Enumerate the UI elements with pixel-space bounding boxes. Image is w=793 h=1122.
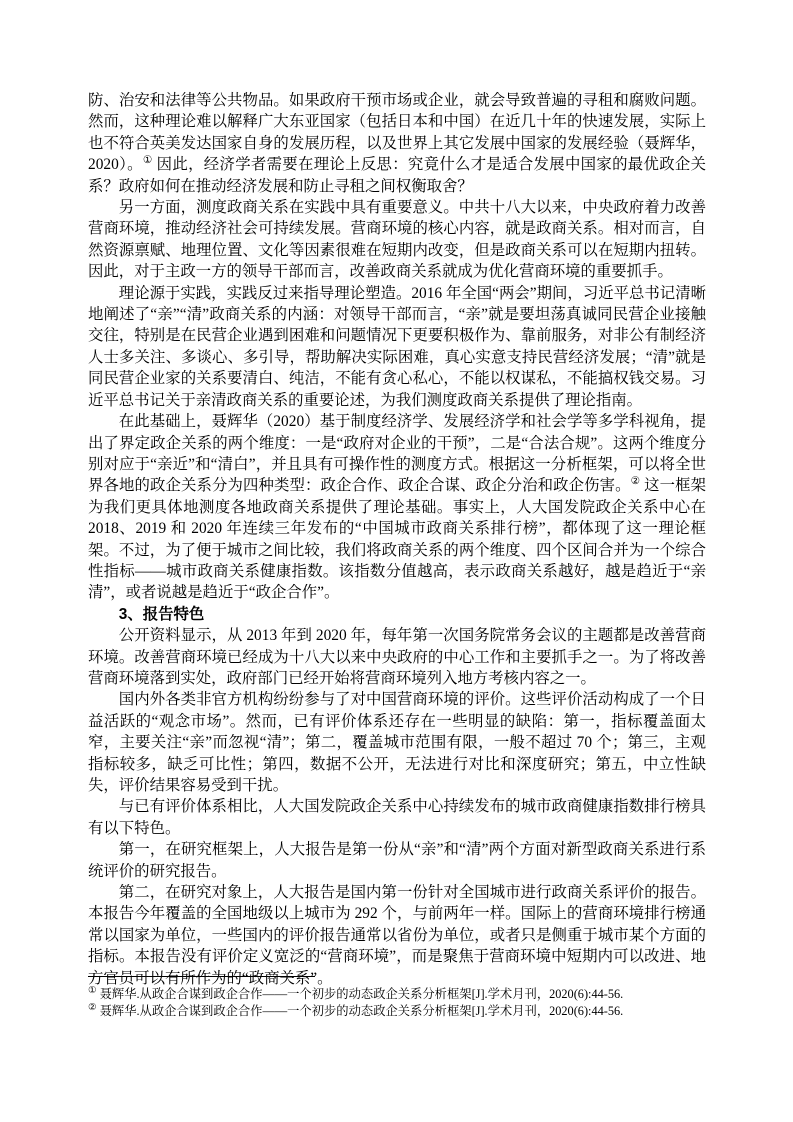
paragraph-7: 与已有评价体系相比，人大国发院政企关系中心持续发布的城市政商健康指数排行榜具有以… <box>88 796 706 839</box>
footnote-reference: ② <box>631 476 641 487</box>
paragraph-1: 防、治安和法律等公共物品。如果政府干预市场或企业，就会导致普遍的寻租和腐败问题。… <box>88 90 706 197</box>
footnote-reference: ① <box>143 155 153 166</box>
footnote-2-text: 聂辉华.从政企合谋到政企合作——一个初步的动态政企关系分析框架[J].学术月刊，… <box>100 1004 624 1018</box>
footnote-2: ②聂辉华.从政企合谋到政企合作——一个初步的动态政企关系分析框架[J].学术月刊… <box>88 1003 728 1020</box>
document-content: 防、治安和法律等公共物品。如果政府干预市场或企业，就会导致普遍的寻租和腐败问题。… <box>88 90 706 989</box>
paragraph-5: 公开资料显示，从 2013 年到 2020 年，每年第一次国务院常务会议的主题都… <box>88 625 706 689</box>
document-page: 防、治安和法律等公共物品。如果政府干预市场或企业，就会导致普遍的寻租和腐败问题。… <box>0 0 793 1122</box>
paragraph-2: 另一方面，测度政商关系在实践中具有重要意义。中共十八大以来，中央政府着力改善营商… <box>88 197 706 283</box>
footnotes-section: ①聂辉华.从政企合谋到政企合作——一个初步的动态政企关系分析框架[J].学术月刊… <box>88 976 728 1020</box>
paragraph-4: 在此基础上，聂辉华（2020）基于制度经济学、发展经济学和社会学等多学科视角，提… <box>88 411 706 604</box>
paragraph-6: 国内外各类非官方机构纷纷参与了对中国营商环境的评价。这些评价活动构成了一个日益活… <box>88 689 706 796</box>
footnote-1-marker: ① <box>88 985 97 996</box>
section-heading: 3、报告特色 <box>88 604 706 625</box>
footnote-2-marker: ② <box>88 1002 97 1013</box>
paragraph-3: 理论源于实践，实践反过来指导理论塑造。2016 年全国“两会”期间，习近平总书记… <box>88 283 706 411</box>
footnote-divider <box>88 976 315 977</box>
paragraph-9: 第二，在研究对象上，人大报告是国内第一份针对全国城市进行政商关系评价的报告。本报… <box>88 882 706 989</box>
footnote-1: ①聂辉华.从政企合谋到政企合作——一个初步的动态政企关系分析框架[J].学术月刊… <box>88 986 728 1003</box>
footnote-1-text: 聂辉华.从政企合谋到政企合作——一个初步的动态政企关系分析框架[J].学术月刊，… <box>100 987 624 1001</box>
paragraph-8: 第一，在研究框架上，人大报告是第一份从“亲”和“清”两个方面对新型政商关系进行系… <box>88 839 706 882</box>
